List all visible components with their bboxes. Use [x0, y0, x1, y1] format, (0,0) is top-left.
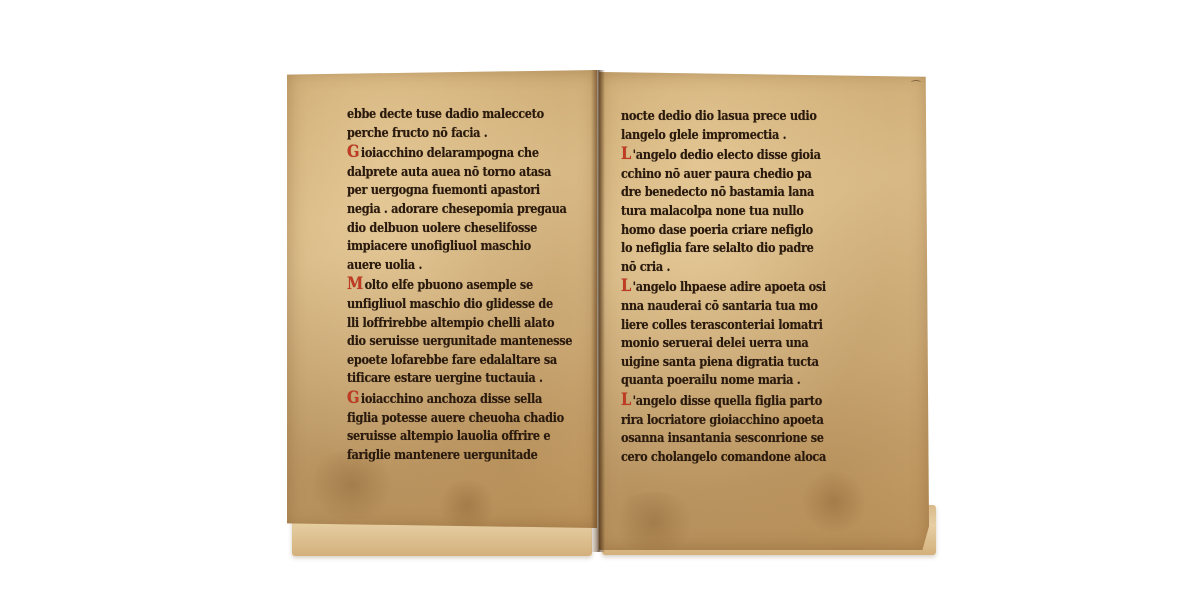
line-text: quanta poerailu nome maria .	[621, 373, 800, 388]
line-text: figlia potesse auere cheuoha chadio	[347, 411, 564, 426]
rubricated-initial: G	[347, 142, 359, 162]
rubricated-initial: L	[621, 144, 631, 164]
corner-mark	[911, 80, 921, 85]
manuscript-line: per uergogna fuemonti apastori	[347, 182, 553, 201]
line-text: lo nefiglia fare selalto dio padre	[621, 241, 813, 256]
line-text: perche fructo nō facia .	[347, 126, 487, 141]
line-text: homo dase poeria criare nefiglo	[621, 223, 813, 238]
line-text: dio delbuon uolere cheselifosse	[347, 221, 537, 236]
rubricated-initial: M	[347, 274, 363, 294]
manuscript-line: perche fructo nō facia .	[347, 125, 553, 144]
line-text: nocte dedio dio lasua prece udio	[621, 109, 817, 124]
line-text: auere uolia .	[347, 258, 422, 273]
line-text: impiacere unofigliuol maschio	[347, 239, 531, 254]
manuscript-line: nna nauderai cō santaria tua mo	[621, 298, 853, 317]
line-text: seruisse altempio lauolia offrire e	[347, 429, 550, 444]
line-text: negia . adorare chesepomia pregaua	[347, 202, 567, 217]
manuscript-line: L'angelo lhpaese adire apoeta osi	[621, 277, 853, 298]
manuscript-line: nō cria .	[621, 259, 853, 278]
manuscript-line: monio seruerai delei uerra una	[621, 335, 853, 354]
manuscript-line: impiacere unofigliuol maschio	[347, 238, 553, 257]
line-text: ebbe decte tuse dadio malecceto	[347, 107, 544, 122]
manuscript-line: ebbe decte tuse dadio malecceto	[347, 106, 553, 125]
line-text: cero cholangelo comandone aloca	[621, 450, 826, 465]
stain	[609, 492, 699, 550]
manuscript-line: lo nefiglia fare selalto dio padre	[621, 240, 853, 259]
manuscript-line: homo dase poeria criare nefiglo	[621, 222, 853, 241]
manuscript-line: quanta poerailu nome maria .	[621, 372, 853, 391]
manuscript-line: dre benedecto nō bastamia lana	[621, 184, 853, 203]
line-text: liere colles terasconteriai lomatri	[621, 318, 823, 333]
manuscript-book: ebbe decte tuse dadio maleccetoperche fr…	[0, 0, 1200, 616]
manuscript-line: negia . adorare chesepomia pregaua	[347, 201, 553, 220]
manuscript-line: figlia potesse auere cheuoha chadio	[347, 410, 553, 429]
manuscript-line: rira locriatore gioiacchino apoeta	[621, 412, 853, 431]
line-text: monio seruerai delei uerra una	[621, 336, 808, 351]
manuscript-line: tura malacolpa none tua nullo	[621, 203, 853, 222]
manuscript-line: uigine santa piena digratia tucta	[621, 354, 853, 373]
manuscript-line: dalprete auta auea nō torno atasa	[347, 164, 553, 183]
left-page: ebbe decte tuse dadio maleccetoperche fr…	[287, 70, 597, 528]
book-spine	[591, 70, 605, 552]
line-text: 'angelo disse quella figlia parto	[633, 394, 822, 409]
manuscript-line: L'angelo disse quella figlia parto	[621, 391, 853, 412]
manuscript-line: fariglie mantenere uergunitade	[347, 447, 553, 466]
rubricated-initial: L	[621, 276, 631, 296]
line-text: 'angelo lhpaese adire apoeta osi	[633, 280, 826, 295]
manuscript-line: langelo glele impromectia .	[621, 127, 853, 146]
manuscript-line: Molto elfe pbuono asemple se	[347, 275, 553, 296]
line-text: ioiacchino anchoza disse sella	[361, 392, 542, 407]
manuscript-line: dio delbuon uolere cheselifosse	[347, 220, 553, 239]
line-text: nō cria .	[621, 260, 670, 275]
manuscript-line: lli loffrirebbe altempio chelli alato	[347, 315, 553, 334]
rubricated-initial: G	[347, 388, 359, 408]
line-text: langelo glele impromectia .	[621, 128, 786, 143]
right-page-text: nocte dedio dio lasua prece udiolangelo …	[621, 108, 891, 467]
line-text: uigine santa piena digratia tucta	[621, 355, 819, 370]
manuscript-line: osanna insantania sesconrione se	[621, 430, 853, 449]
manuscript-line: liere colles terasconteriai lomatri	[621, 317, 853, 336]
stain	[799, 472, 869, 532]
manuscript-line: nocte dedio dio lasua prece udio	[621, 108, 853, 127]
line-text: dre benedecto nō bastamia lana	[621, 185, 814, 200]
manuscript-line: seruisse altempio lauolia offrire e	[347, 428, 553, 447]
line-text: tificare estare uergine tuctauia .	[347, 371, 543, 386]
manuscript-line: cchino nō auer paura chedio pa	[621, 166, 853, 185]
line-text: 'angelo dedio electo disse gioia	[633, 148, 821, 163]
right-page: nocte dedio dio lasua prece udiolangelo …	[599, 72, 929, 550]
rubricated-initial: L	[621, 390, 631, 410]
line-text: osanna insantania sesconrione se	[621, 431, 824, 446]
line-text: rira locriatore gioiacchino apoeta	[621, 413, 823, 428]
line-text: tura malacolpa none tua nullo	[621, 204, 803, 219]
line-text: dalprete auta auea nō torno atasa	[347, 165, 551, 180]
manuscript-line: tificare estare uergine tuctauia .	[347, 370, 553, 389]
manuscript-line: auere uolia .	[347, 257, 553, 276]
line-text: fariglie mantenere uergunitade	[347, 448, 537, 463]
manuscript-line: epoete lofarebbe fare edalaltare sa	[347, 352, 553, 371]
line-text: dio seruisse uergunitade mantenesse	[347, 334, 572, 349]
manuscript-line: Gioiacchino delarampogna che	[347, 143, 553, 164]
manuscript-line: L'angelo dedio electo disse gioia	[621, 145, 853, 166]
line-text: per uergogna fuemonti apastori	[347, 183, 540, 198]
line-text: nna nauderai cō santaria tua mo	[621, 299, 818, 314]
manuscript-line: Gioiacchino anchoza disse sella	[347, 389, 553, 410]
manuscript-line: cero cholangelo comandone aloca	[621, 449, 853, 468]
manuscript-line: unfigliuol maschio dio glidesse de	[347, 296, 553, 315]
stain	[437, 480, 497, 528]
line-text: lli loffrirebbe altempio chelli alato	[347, 316, 554, 331]
left-page-text: ebbe decte tuse dadio maleccetoperche fr…	[347, 106, 587, 465]
line-text: epoete lofarebbe fare edalaltare sa	[347, 353, 557, 368]
line-text: ioiacchino delarampogna che	[361, 146, 539, 161]
manuscript-line: dio seruisse uergunitade mantenesse	[347, 333, 553, 352]
line-text: olto elfe pbuono asemple se	[365, 278, 533, 293]
line-text: unfigliuol maschio dio glidesse de	[347, 297, 553, 312]
line-text: cchino nō auer paura chedio pa	[621, 167, 811, 182]
